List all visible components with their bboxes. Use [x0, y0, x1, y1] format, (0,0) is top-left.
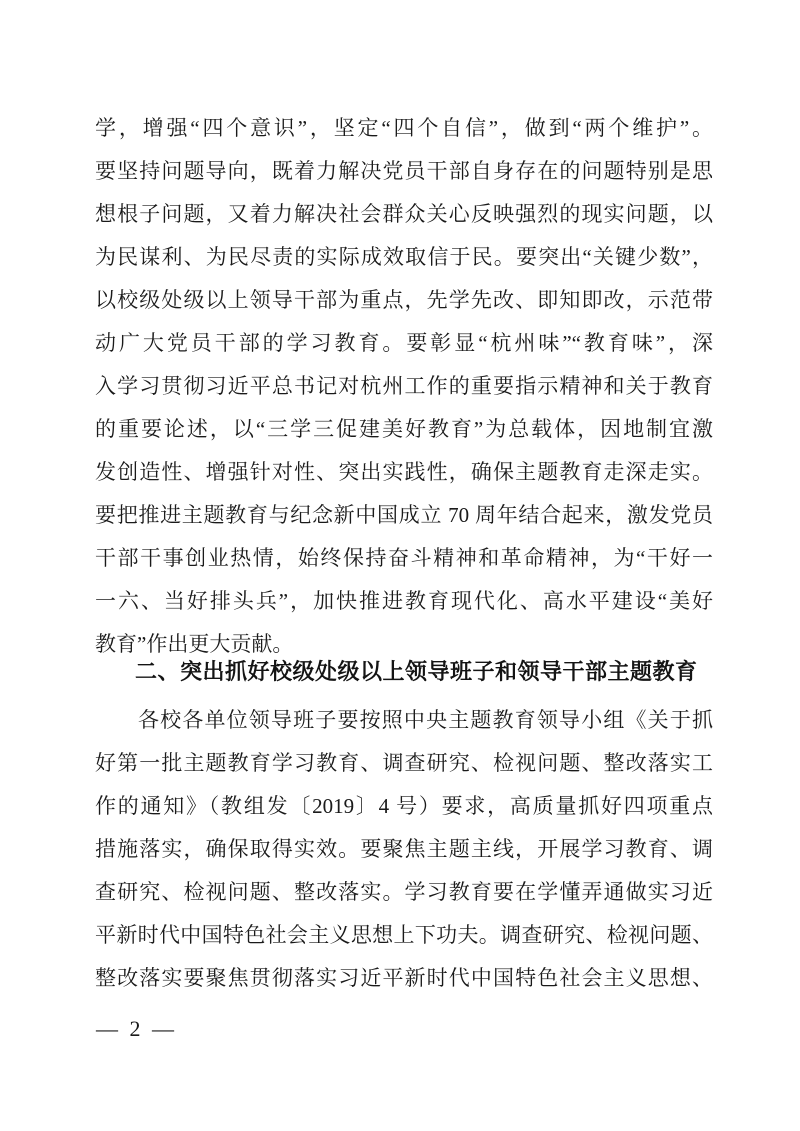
paragraph-2: 各校各单位领导班子要按照中央主题教育领导小组《关于抓 好第一批主题教育学习教育、…: [95, 699, 713, 1000]
text-line: 发创造性、增强针对性、突出实践性，确保主题教育走深走实。: [95, 451, 713, 494]
text-line: 作的通知》（教组发〔2019〕4 号）要求，高质量抓好四项重点: [95, 785, 713, 828]
page-footer: — 2 —: [96, 1016, 177, 1042]
text-line: 平新时代中国特色社会主义思想上下功夫。调查研究、检视问题、: [95, 914, 713, 957]
paragraph-1: 学，增强“四个意识”，坚定“四个自信”，做到“两个维护”。 要坚持问题导向，既着…: [95, 107, 713, 666]
section-heading: 二、突出抓好校级处级以上领导班子和领导干部主题教育: [135, 650, 735, 693]
text-line: 查研究、检视问题、整改落实。学习教育要在学懂弄通做实习近: [95, 871, 713, 914]
text-line: 各校各单位领导班子要按照中央主题教育领导小组《关于抓: [95, 699, 713, 742]
text-line: 干部干事创业热情，始终保持奋斗精神和革命精神，为“干好一: [95, 537, 713, 580]
text-line: 入学习贯彻习近平总书记对杭州工作的重要指示精神和关于教育: [95, 365, 713, 408]
text-line: 整改落实要聚焦贯彻落实习近平新时代中国特色社会主义思想、: [95, 957, 713, 1000]
text-line: 想根子问题，又着力解决社会群众关心反映强烈的现实问题，以: [95, 193, 713, 236]
text-line: 要把推进主题教育与纪念新中国成立 70 周年结合起来，激发党员: [95, 494, 713, 537]
page-number: — 2 —: [96, 1016, 177, 1041]
text-line: 动广大党员干部的学习教育。要彰显“杭州味”“教育味”，深: [95, 322, 713, 365]
text-line: 好第一批主题教育学习教育、调查研究、检视问题、整改落实工: [95, 742, 713, 785]
text-line: 措施落实，确保取得实效。要聚焦主题主线，开展学习教育、调: [95, 828, 713, 871]
text-line: 以校级处级以上领导干部为重点，先学先改、即知即改，示范带: [95, 279, 713, 322]
text-line: 学，增强“四个意识”，坚定“四个自信”，做到“两个维护”。: [95, 107, 713, 150]
text-line: 为民谋利、为民尽责的实际成效取信于民。要突出“关键少数”，: [95, 236, 713, 279]
text-line: 的重要论述，以“三学三促建美好教育”为总载体，因地制宜激: [95, 408, 713, 451]
text-line: 一六、当好排头兵”，加快推进教育现代化、高水平建设“美好: [95, 580, 713, 623]
document-page: 学，增强“四个意识”，坚定“四个自信”，做到“两个维护”。 要坚持问题导向，既着…: [0, 0, 800, 1131]
text-line: 要坚持问题导向，既着力解决党员干部自身存在的问题特别是思: [95, 150, 713, 193]
